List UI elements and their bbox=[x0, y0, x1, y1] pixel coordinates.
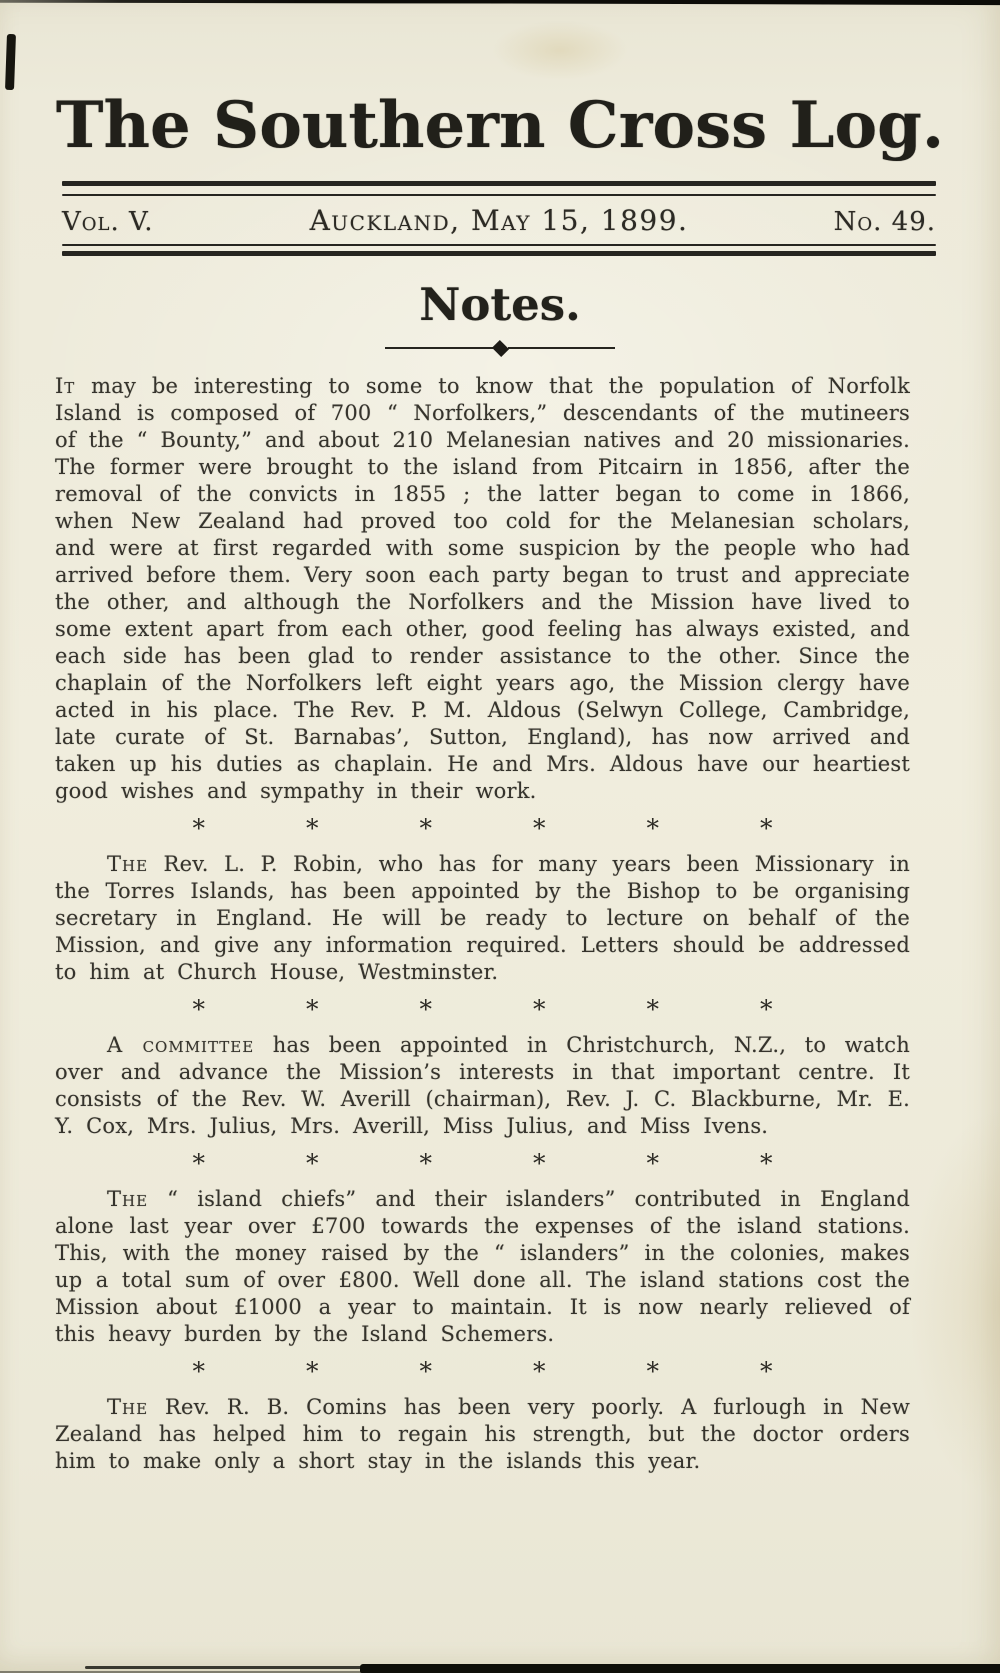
scan-edge-bottom-thin-artifact bbox=[85, 1666, 385, 1669]
asterisk: * bbox=[306, 814, 319, 842]
paragraph-body: may be interesting to some to know that … bbox=[55, 374, 910, 803]
rule-bottom-thin bbox=[62, 244, 936, 246]
rule-bottom-thick bbox=[62, 251, 936, 256]
scanned-page: The Southern Cross Log. Vol. V. Auckland… bbox=[0, 0, 1000, 1673]
asterisk-separator-3: * * * * * * bbox=[193, 1149, 773, 1177]
asterisk: * bbox=[420, 1149, 433, 1177]
paragraph-2: The Rev. L. P. Robin, who has for many y… bbox=[55, 851, 910, 986]
asterisk: * bbox=[647, 995, 660, 1023]
asterisk: * bbox=[760, 1357, 773, 1385]
rule-top-thick bbox=[62, 181, 936, 186]
volume-label: Vol. V. bbox=[62, 207, 154, 237]
asterisk-separator-4: * * * * * * bbox=[193, 1357, 773, 1385]
paragraph-body: Rev. R. B. Comins has been very poorly. … bbox=[55, 1395, 910, 1473]
asterisk: * bbox=[533, 995, 546, 1023]
asterisk: * bbox=[193, 814, 206, 842]
asterisk-separator-1: * * * * * * bbox=[193, 814, 773, 842]
diamond-ornament-icon bbox=[491, 340, 508, 357]
divider-line-right bbox=[508, 347, 616, 349]
scan-edge-top-artifact bbox=[0, 0, 1000, 6]
asterisk: * bbox=[533, 1357, 546, 1385]
asterisk: * bbox=[420, 814, 433, 842]
asterisk: * bbox=[533, 814, 546, 842]
ornament-divider bbox=[385, 342, 615, 355]
asterisk: * bbox=[647, 814, 660, 842]
paragraph-lead: A committee bbox=[107, 1033, 254, 1057]
section-heading: Notes. bbox=[0, 280, 1000, 330]
paragraph-3: A committee has been appointed in Christ… bbox=[55, 1032, 910, 1140]
notes-section: Notes. It may be interesting to some to … bbox=[0, 280, 1000, 1475]
scan-ink-blot bbox=[5, 34, 16, 90]
asterisk: * bbox=[420, 1357, 433, 1385]
asterisk: * bbox=[306, 995, 319, 1023]
paragraph-body: “ island chiefs” and their islanders” co… bbox=[55, 1187, 910, 1346]
issue-number-label: No. 49. bbox=[834, 207, 936, 237]
paragraph-lead: The bbox=[107, 1187, 148, 1211]
paragraph-lead: It bbox=[55, 374, 75, 398]
asterisk: * bbox=[760, 1149, 773, 1177]
scan-edge-bottom-thick-artifact bbox=[360, 1664, 1000, 1673]
asterisk: * bbox=[306, 1149, 319, 1177]
asterisk-separator-2: * * * * * * bbox=[193, 995, 773, 1023]
text-column: It may be interesting to some to know th… bbox=[55, 373, 910, 1475]
masthead: The Southern Cross Log. Vol. V. Auckland… bbox=[0, 92, 1000, 256]
asterisk: * bbox=[647, 1149, 660, 1177]
issue-date-label: Auckland, May 15, 1899. bbox=[310, 204, 689, 237]
asterisk: * bbox=[306, 1357, 319, 1385]
rule-top-thin bbox=[62, 194, 936, 196]
dateline: Vol. V. Auckland, May 15, 1899. No. 49. bbox=[62, 204, 936, 237]
paragraph-lead: The bbox=[107, 852, 148, 876]
asterisk: * bbox=[533, 1149, 546, 1177]
asterisk: * bbox=[193, 1357, 206, 1385]
asterisk: * bbox=[420, 995, 433, 1023]
asterisk: * bbox=[647, 1357, 660, 1385]
paragraph-4: The “ island chiefs” and their islanders… bbox=[55, 1186, 910, 1348]
asterisk: * bbox=[760, 814, 773, 842]
paragraph-body: Rev. L. P. Robin, who has for many years… bbox=[55, 852, 910, 984]
masthead-title: The Southern Cross Log. bbox=[0, 92, 1000, 159]
asterisk: * bbox=[193, 995, 206, 1023]
paragraph-1: It may be interesting to some to know th… bbox=[55, 373, 910, 805]
paragraph-lead: The bbox=[107, 1395, 148, 1419]
divider-line-left bbox=[385, 347, 493, 349]
paragraph-5: The Rev. R. B. Comins has been very poor… bbox=[55, 1394, 910, 1475]
asterisk: * bbox=[193, 1149, 206, 1177]
asterisk: * bbox=[760, 995, 773, 1023]
